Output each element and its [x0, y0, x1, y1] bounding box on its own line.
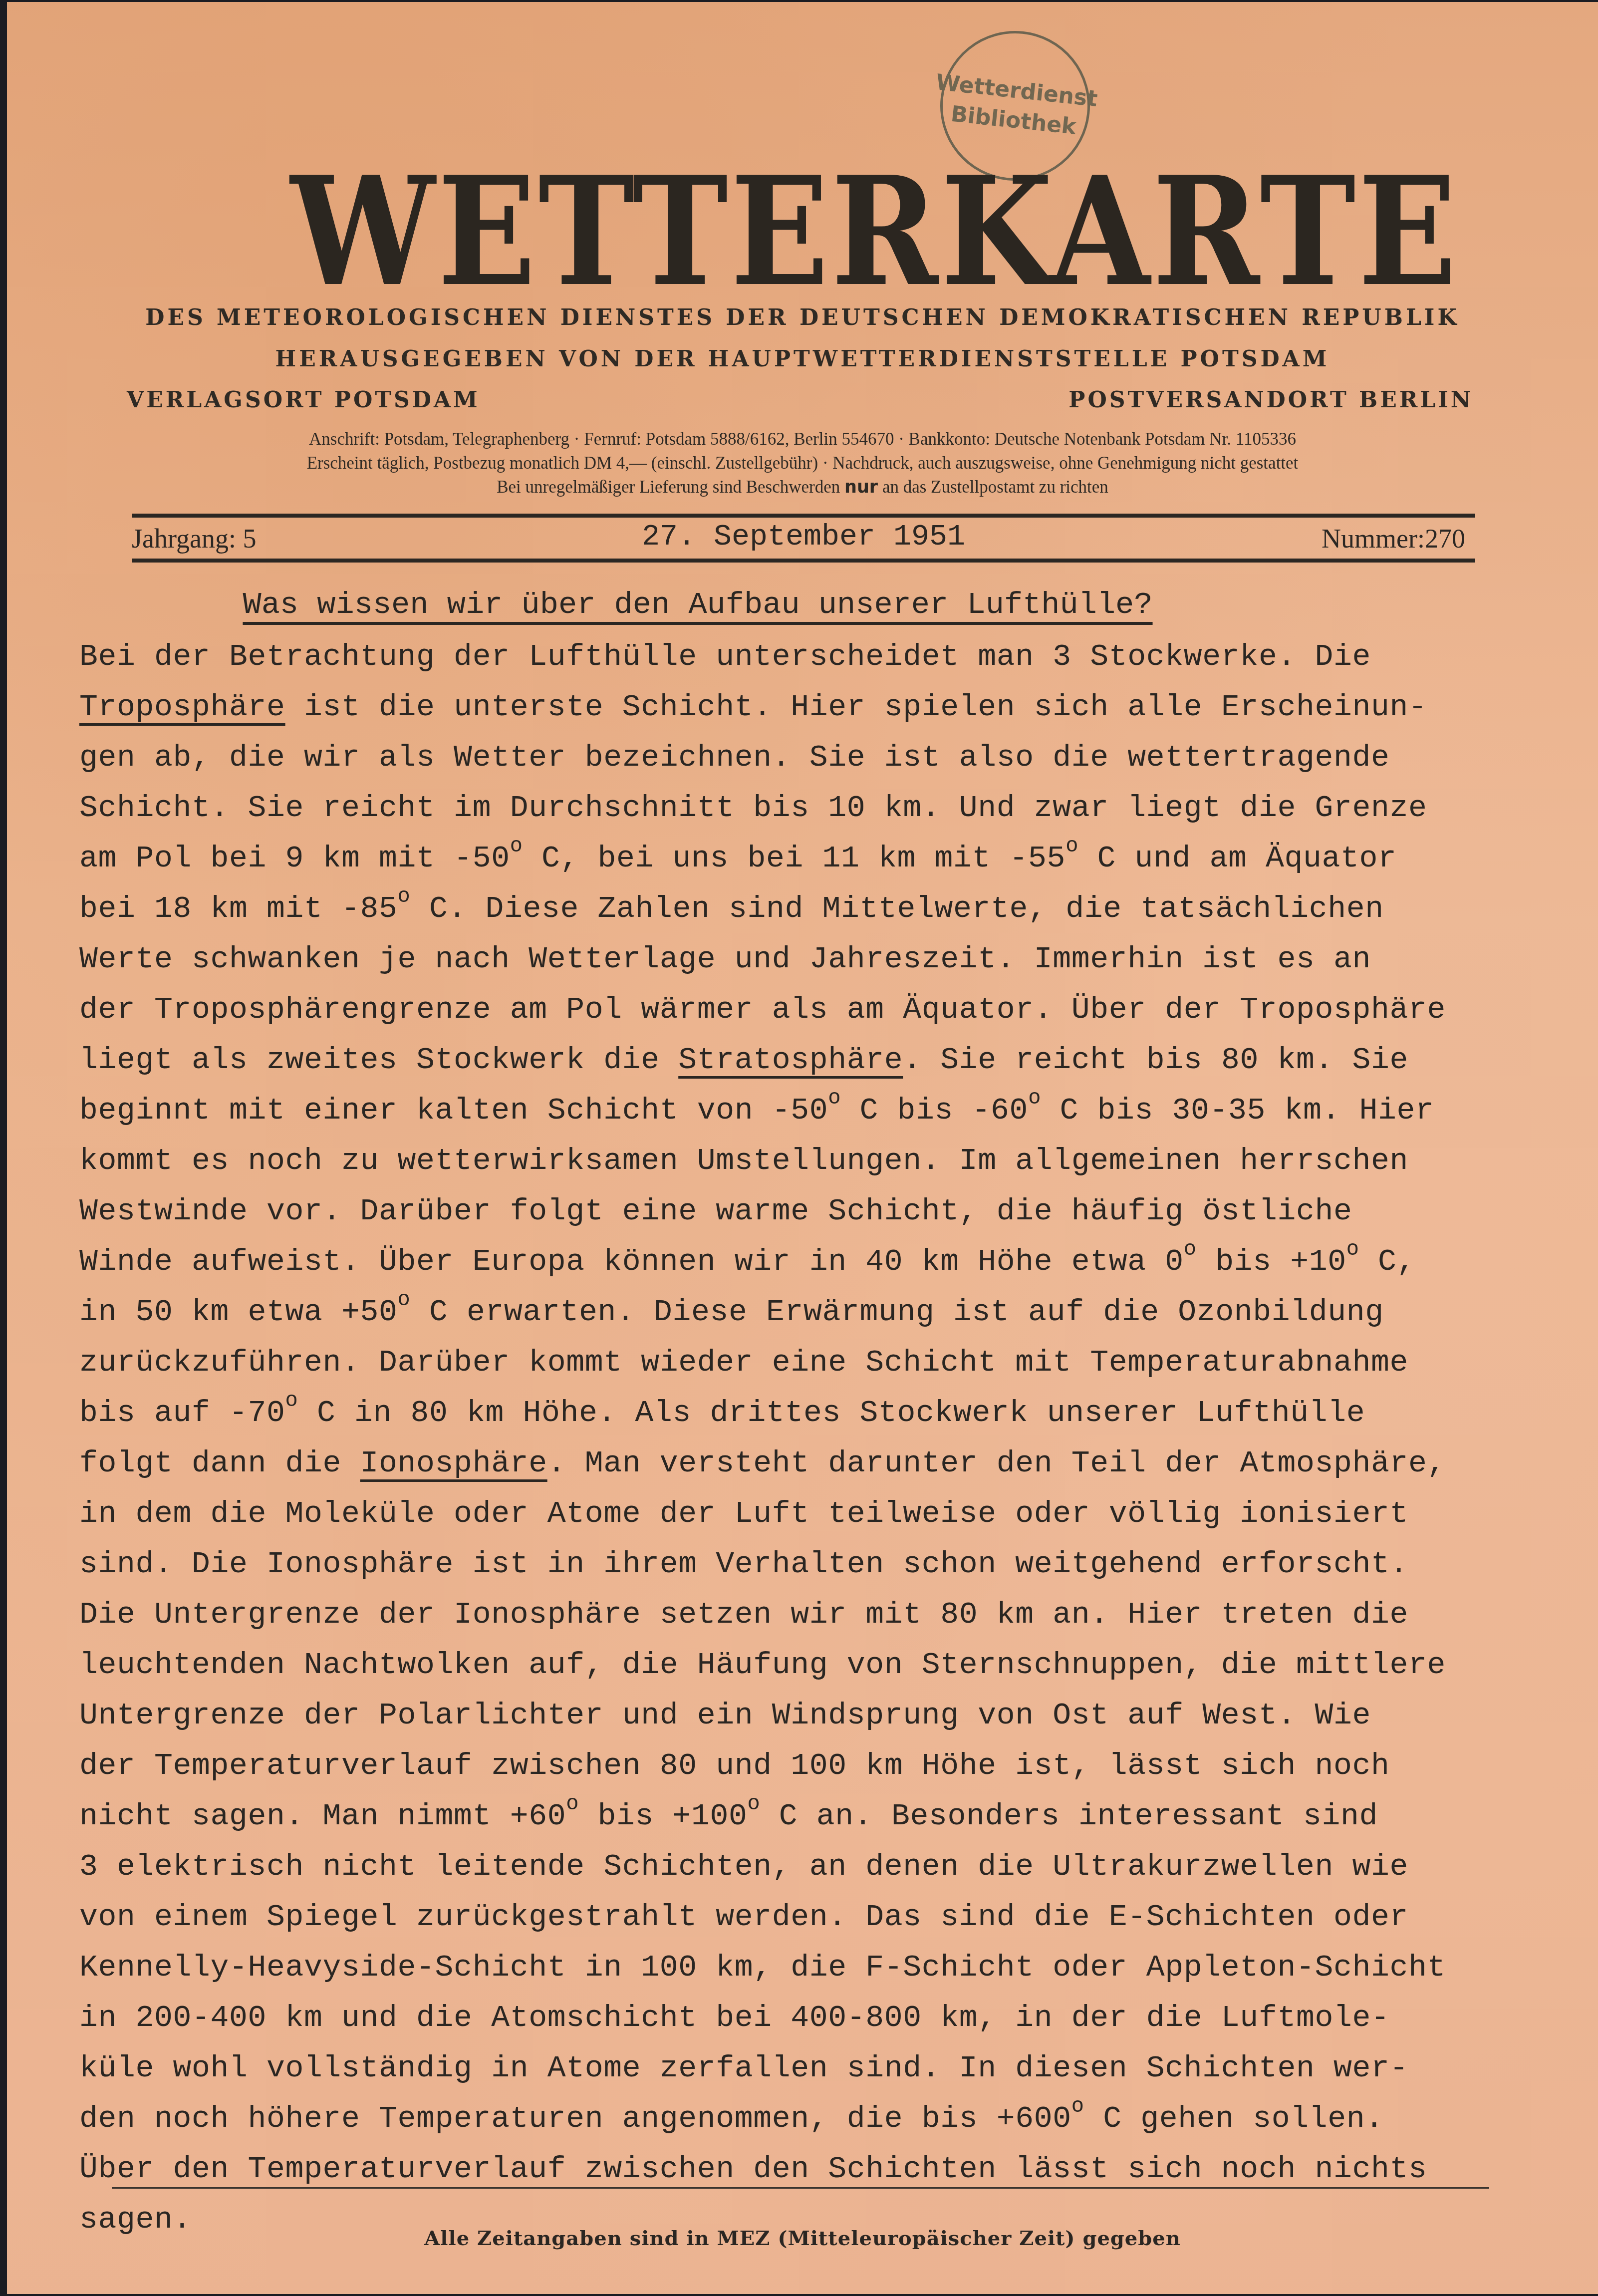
body-line: Die Untergrenze der Ionosphäre setzen wi…	[79, 1590, 1557, 1640]
issue-number: Nummer:270	[1322, 523, 1465, 554]
body-text-span: C in 80 km Höhe. Als drittes Stockwerk u…	[298, 1396, 1365, 1431]
body-line: bei 18 km mit -85o C. Diese Zahlen sind …	[79, 884, 1557, 934]
body-line: Westwinde vor. Darüber folgt eine warme …	[79, 1186, 1557, 1237]
body-line: Kennelly-Heavyside-Schicht in 100 km, di…	[79, 1943, 1557, 1993]
body-line: Untergrenze der Polarlichter und ein Win…	[79, 1691, 1557, 1741]
term-troposphaere: Troposphäre	[79, 690, 285, 725]
body-line: zurückzuführen. Darüber kommt wieder ein…	[79, 1338, 1557, 1388]
body-text-span: C erwarten. Diese Erwärmung ist auf die …	[410, 1295, 1383, 1330]
body-line: liegt als zweites Stockwerk die Stratosp…	[79, 1035, 1557, 1086]
body-line: Winde aufweist. Über Europa können wir i…	[79, 1237, 1557, 1287]
degree-sign: o	[285, 1389, 298, 1413]
article-body: Bei der Betrachtung der Lufthülle unters…	[79, 632, 1557, 2245]
newspaper-page: Wetterdienst Bibliothek WETTERKARTE DES …	[7, 2, 1598, 2294]
masthead-subtitle-2: HERAUSGEGEBEN VON DER HAUPTWETTERDIENSTS…	[7, 346, 1598, 372]
issue-bar: Jahrgang: 5 27. September 1951 Nummer:27…	[132, 520, 1475, 555]
body-text-span: am Pol bei 9 km mit -50	[79, 842, 510, 876]
body-text-span: C an. Besonders interessant sind	[760, 1799, 1378, 1834]
term-stratosphaere: Stratosphäre	[678, 1043, 903, 1078]
degree-sign: o	[748, 1792, 761, 1816]
verlagsort: VERLAGSORT POTSDAM	[127, 387, 480, 413]
body-line: in 50 km etwa +50o C erwarten. Diese Erw…	[79, 1287, 1557, 1338]
body-line: beginnt mit einer kalten Schicht von -50…	[79, 1086, 1557, 1136]
article-headline-text: Was wissen wir über den Aufbau unserer L…	[243, 587, 1152, 622]
body-line: in 200-400 km und die Atomschicht bei 40…	[79, 1993, 1557, 2043]
body-text-span: C gehen sollen.	[1084, 2102, 1384, 2136]
degree-sign: o	[398, 884, 411, 908]
body-line: leuchtenden Nachtwolken auf, die Häufung…	[79, 1640, 1557, 1691]
footer-timezone-note: Alle Zeitangaben sind in MEZ (Mitteleuro…	[7, 2227, 1598, 2250]
issue-date: 27. September 1951	[132, 520, 1475, 554]
body-text-span: in 50 km etwa +50	[79, 1295, 398, 1330]
degree-sign: o	[510, 834, 523, 858]
body-text-span: beginnt mit einer kalten Schicht von -50	[79, 1094, 828, 1128]
issue-rule-top	[132, 514, 1475, 518]
body-text-span: bis +100	[579, 1799, 748, 1834]
body-text-span: . Man versteht darunter den Teil der Atm…	[547, 1446, 1446, 1481]
complaints-text-bold: nur	[844, 477, 878, 497]
degree-sign: o	[566, 1792, 579, 1816]
term-ionosphaere: Ionosphäre	[360, 1446, 547, 1481]
body-text-span: C. Diese Zahlen sind Mittelwerte, die ta…	[410, 892, 1383, 926]
body-line: 3 elektrisch nicht leitende Schichten, a…	[79, 1842, 1557, 1892]
body-text-span: bis +10	[1197, 1245, 1346, 1279]
body-text-span: C, bei uns bei 11 km mit -55	[523, 842, 1065, 876]
body-line: in dem die Moleküle oder Atome der Luft …	[79, 1489, 1557, 1539]
degree-sign: o	[398, 1288, 411, 1312]
body-text-span: liegt als zweites Stockwerk die	[79, 1043, 678, 1078]
degree-sign: o	[1346, 1237, 1359, 1261]
body-line: gen ab, die wir als Wetter bezeichnen. S…	[79, 733, 1557, 783]
body-line: Werte schwanken je nach Wetterlage und J…	[79, 934, 1557, 985]
body-text-span: C bis 30-35 km. Hier	[1041, 1094, 1434, 1128]
complaints-text-post: an das Zustellpostamt zu richten	[878, 477, 1108, 497]
body-line: Schicht. Sie reicht im Durchschnitt bis …	[79, 783, 1557, 834]
body-text-span: bei 18 km mit -85	[79, 892, 398, 926]
body-text-span: ist die unterste Schicht. Hier spielen s…	[285, 690, 1427, 725]
masthead-title: WETTERKARTE	[290, 167, 1321, 296]
complaints-text-pre: Bei unregelmäßiger Lieferung sind Beschw…	[497, 477, 844, 497]
body-text-span: C bis -60	[841, 1094, 1028, 1128]
complaints-info: Bei unregelmäßiger Lieferung sind Beschw…	[7, 477, 1598, 497]
degree-sign: o	[1065, 834, 1078, 858]
body-line: sind. Die Ionosphäre ist in ihrem Verhal…	[79, 1539, 1557, 1590]
body-text-span: nicht sagen. Man nimmt +60	[79, 1799, 566, 1834]
body-text-span: . Sie reicht bis 80 km. Sie	[903, 1043, 1408, 1078]
body-line: von einem Spiegel zurückgestrahlt werden…	[79, 1892, 1557, 1943]
body-text-span: den noch höhere Temperaturen angenommen,…	[79, 2102, 1071, 2136]
body-text-span: Winde aufweist. Über Europa können wir i…	[79, 1245, 1184, 1279]
body-text-span: C und am Äquator	[1078, 842, 1397, 876]
body-line: folgt dann die Ionosphäre. Man versteht …	[79, 1438, 1557, 1489]
body-line: der Temperaturverlauf zwischen 80 und 10…	[79, 1741, 1557, 1791]
body-line: der Troposphärengrenze am Pol wärmer als…	[79, 985, 1557, 1035]
body-line: am Pol bei 9 km mit -50o C, bei uns bei …	[79, 834, 1557, 884]
footer-rule	[112, 2187, 1489, 2189]
article-headline: Was wissen wir über den Aufbau unserer L…	[7, 587, 1598, 622]
body-line: nicht sagen. Man nimmt +60o bis +100o C …	[79, 1791, 1557, 1842]
body-line: den noch höhere Temperaturen angenommen,…	[79, 2094, 1557, 2144]
subscription-info: Erscheint täglich, Postbezug monatlich D…	[7, 453, 1598, 473]
body-line: kommt es noch zu wetterwirksamen Umstell…	[79, 1136, 1557, 1186]
degree-sign: o	[1184, 1237, 1197, 1261]
masthead-subtitle-1: DES METEOROLOGISCHEN DIENSTES DER DEUTSC…	[7, 305, 1598, 330]
degree-sign: o	[1071, 2094, 1084, 2118]
body-text-span: folgt dann die	[79, 1446, 360, 1481]
body-text-span: C,	[1359, 1245, 1416, 1279]
body-line: Bei der Betrachtung der Lufthülle unters…	[79, 632, 1557, 682]
issue-rule-bottom	[132, 559, 1475, 563]
postversandort: POSTVERSANDORT BERLIN	[1068, 387, 1473, 413]
contact-info: Anschrift: Potsdam, Telegraphenberg · Fe…	[7, 429, 1598, 449]
body-line: Troposphäre ist die unterste Schicht. Hi…	[79, 682, 1557, 733]
body-text-span: bis auf -70	[79, 1396, 285, 1431]
body-line: bis auf -70o C in 80 km Höhe. Als dritte…	[79, 1388, 1557, 1438]
degree-sign: o	[1028, 1086, 1041, 1110]
body-line: küle wohl vollständig in Atome zerfallen…	[79, 2043, 1557, 2094]
degree-sign: o	[828, 1086, 841, 1110]
